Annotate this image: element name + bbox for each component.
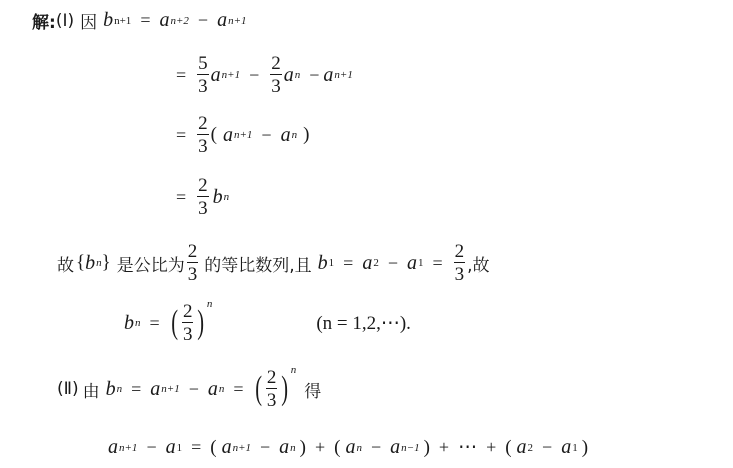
fraction: 53 — [197, 54, 209, 96]
fraction: 23 — [197, 114, 209, 156]
var: b — [103, 9, 113, 32]
solution-part1-line1: 解: (Ⅰ) 因 bn+1 = an+2 − an+1 — [32, 8, 247, 33]
solution-conclusion: 故 { bn } 是公比为 23 的等比数列,且 b1 = a2 − a1 = … — [57, 242, 490, 284]
exponent: n — [207, 298, 213, 310]
fraction: 23 — [270, 54, 282, 96]
solution-part1-line2: = 53 an+1 − 23 an − an+1 — [176, 54, 353, 96]
exponent: n — [291, 364, 297, 376]
solution-formula: bn = ( 23 ) n (n = 1,2,⋯). — [124, 302, 411, 344]
fraction: 23 — [266, 368, 278, 410]
solution-part1-line4: = 23 bn — [176, 176, 229, 218]
fraction: 23 — [187, 242, 199, 284]
fraction: 23 — [182, 302, 194, 344]
solution-label: 解: — [32, 8, 56, 33]
index-range: (n = 1,2,⋯). — [316, 312, 411, 335]
solution-part1-line3: = 23 ( an+1 − an ) — [176, 114, 309, 156]
part-numeral: (Ⅱ) — [57, 379, 79, 399]
solution-part2-line1: (Ⅱ) 由 bn = an+1 − an = ( 23 ) n 得 — [57, 368, 321, 410]
fraction: 23 — [197, 176, 209, 218]
equals: = — [140, 10, 150, 31]
part-numeral: (Ⅰ) — [56, 11, 74, 31]
solution-part2-line2: an+1 − a1 = ( an+1 − an ) + ( an − an−1 … — [108, 436, 588, 459]
fraction: 23 — [454, 242, 466, 284]
because-word: 因 — [80, 8, 97, 33]
